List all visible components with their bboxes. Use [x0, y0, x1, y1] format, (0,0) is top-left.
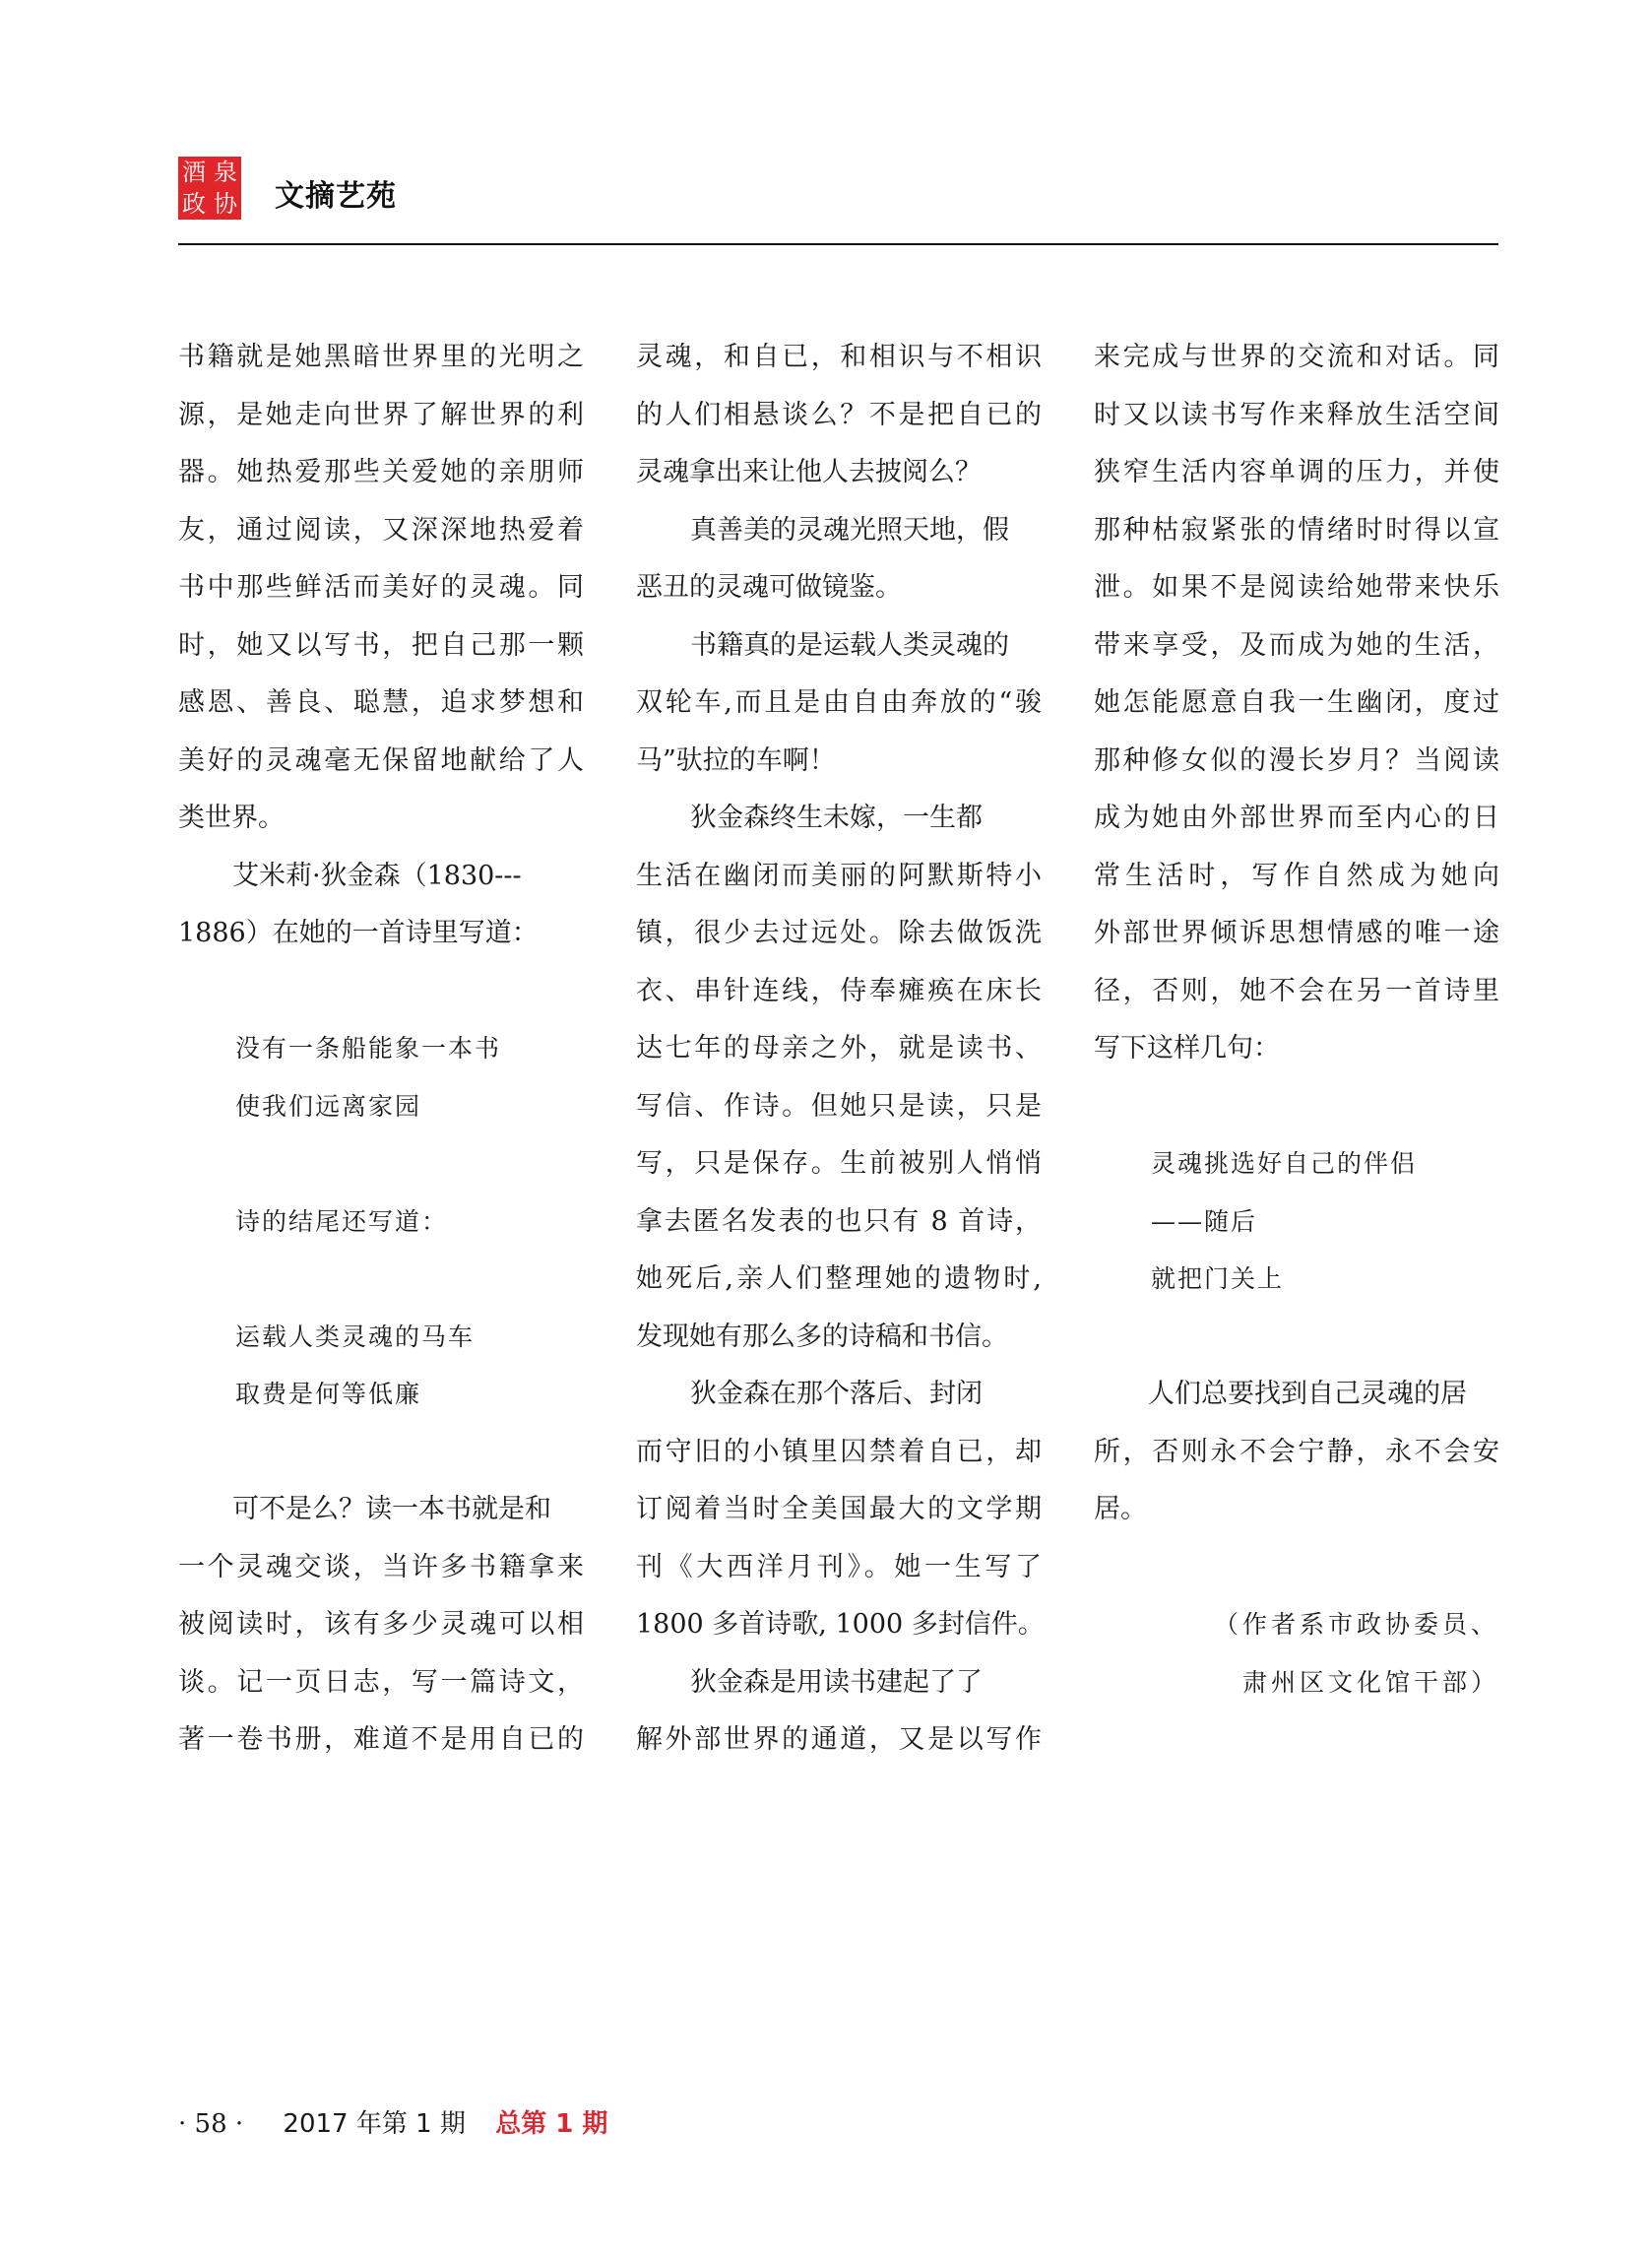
logo-char: 协	[210, 188, 241, 220]
text-line: 著一卷书册，难道不是用自已的	[178, 1711, 584, 1770]
text-line: 生活在幽闭而美丽的阿默斯特小	[636, 848, 1042, 906]
text-line: 解外部世界的通道，又是以写作	[636, 1711, 1042, 1770]
text-line: 狭窄生活内容单调的压力，并使	[1094, 444, 1499, 502]
text-line: 时又以读书写作来释放生活空间	[1094, 387, 1499, 445]
logo-char: 泉	[210, 157, 241, 188]
text-line: 友，通过阅读，又深深地热爱着	[178, 502, 584, 560]
text-line: 器。她热爱那些关爱她的亲朋师	[178, 444, 584, 502]
text-line: 那种枯寂紧张的情绪时时得以宣	[1094, 502, 1499, 560]
section-title: 文摘艺苑	[275, 171, 397, 215]
text-line: 外部世界倾诉思想情感的唯一途	[1094, 905, 1499, 963]
text-column-1: 书籍就是她黑暗世界里的光明之源，是她走向世界了解世界的利器。她热爱那些关爱她的亲…	[178, 329, 584, 1770]
text-line: 拿去匿名发表的也只有 8 首诗，	[636, 1193, 1042, 1252]
logo-char: 政	[178, 188, 210, 220]
poem-line: 使我们远离家园	[178, 1078, 584, 1136]
text-line: 真善美的灵魂光照天地，假	[636, 502, 1042, 560]
poem-line: 取费是何等低廉	[178, 1366, 584, 1424]
text-line: 居。	[1094, 1481, 1499, 1539]
text-line: 她怎能愿意自我一生幽闭，度过	[1094, 675, 1499, 733]
author-credit: 肃州区文化馆干部）	[1094, 1654, 1499, 1712]
text-line: 源，是她走向世界了解世界的利	[178, 387, 584, 445]
poem-line: ——随后	[1094, 1193, 1499, 1252]
text-line: 来完成与世界的交流和对话。同	[1094, 329, 1499, 387]
text-line: 双轮车,而且是由自由奔放的“骏	[636, 675, 1042, 733]
text-line: 人们总要找到自己灵魂的居	[1094, 1366, 1499, 1424]
text-line: 的人们相悬谈么？不是把自已的	[636, 387, 1042, 445]
poem-line: 运载人类灵魂的马车	[178, 1309, 584, 1367]
text-line: 马”驮拉的车啊！	[636, 733, 1042, 791]
logo-char: 酒	[178, 157, 210, 188]
blank-line	[1094, 1309, 1499, 1367]
text-line: 成为她由外部世界而至内心的日	[1094, 790, 1499, 848]
blank-line	[1094, 1078, 1499, 1136]
page-number: · 58 ·	[178, 2109, 243, 2139]
blank-line	[178, 1424, 584, 1482]
total-issue-label: 总第 1 期	[495, 2109, 607, 2139]
text-line: 订阅着当时全美国最大的文学期	[636, 1481, 1042, 1539]
text-line: 狄金森在那个落后、封闭	[636, 1366, 1042, 1424]
poem-line: 灵魂挑选好自己的伴侣	[1094, 1135, 1499, 1193]
text-line: 她死后,亲人们整理她的遗物时,	[636, 1251, 1042, 1309]
page-footer: · 58 · 2017 年第 1 期 总第 1 期	[178, 2103, 607, 2140]
text-line: 发现她有那么多的诗稿和书信。	[636, 1309, 1042, 1367]
text-column-3: 来完成与世界的交流和对话。同时又以读书写作来释放生活空间狭窄生活内容单调的压力，…	[1094, 329, 1499, 1711]
text-line: 灵魂拿出来让他人去披阅么？	[636, 444, 1042, 502]
blank-line	[178, 1251, 584, 1309]
text-line: 恶丑的灵魂可做镜鉴。	[636, 559, 1042, 617]
poem-line: 诗的结尾还写道：	[178, 1193, 584, 1252]
text-line: 灵魂，和自已，和相识与不相识	[636, 329, 1042, 387]
text-line: 而守旧的小镇里囚禁着自已，却	[636, 1424, 1042, 1482]
author-credit: （作者系市政协委员、	[1094, 1596, 1499, 1654]
logo: 酒 泉 政 协	[178, 157, 241, 220]
text-line: 被阅读时，该有多少灵魂可以相	[178, 1596, 584, 1654]
header-divider	[178, 243, 1498, 245]
text-line: 1886）在她的一首诗里写道：	[178, 905, 584, 963]
text-line: 谈。记一页日志，写一篇诗文，	[178, 1654, 584, 1712]
text-line: 常生活时，写作自然成为她向	[1094, 848, 1499, 906]
blank-line	[178, 963, 584, 1021]
text-line: 达七年的母亲之外，就是读书、	[636, 1020, 1042, 1078]
text-line: 泄。如果不是阅读给她带来快乐	[1094, 559, 1499, 617]
blank-line	[178, 1135, 584, 1193]
text-line: 狄金森终生未嫁，一生都	[636, 790, 1042, 848]
text-line: 带来享受，及而成为她的生活，	[1094, 617, 1499, 676]
issue-label: 2017 年第 1 期	[283, 2109, 466, 2139]
text-line: 镇，很少去过远处。除去做饭洗	[636, 905, 1042, 963]
text-line: 美好的灵魂毫无保留地献给了人	[178, 733, 584, 791]
text-line: 类世界。	[178, 790, 584, 848]
text-line: 时，她又以写书，把自己那一颗	[178, 617, 584, 676]
text-line: 衣、串针连线，侍奉瘫痪在床长	[636, 963, 1042, 1021]
text-line: 那种修女似的漫长岁月？当阅读	[1094, 733, 1499, 791]
text-line: 书中那些鲜活而美好的灵魂。同	[178, 559, 584, 617]
text-line: 感恩、善良、聪慧，追求梦想和	[178, 675, 584, 733]
text-line: 所，否则永不会宁静，永不会安	[1094, 1424, 1499, 1482]
text-line: 艾米莉·狄金森（1830---	[178, 848, 584, 906]
text-line: 一个灵魂交谈，当许多书籍拿来	[178, 1539, 584, 1597]
text-line: 写下这样几句：	[1094, 1020, 1499, 1078]
poem-line: 没有一条船能象一本书	[178, 1020, 584, 1078]
text-line: 写信、作诗。但她只是读，只是	[636, 1078, 1042, 1136]
text-column-2: 灵魂，和自已，和相识与不相识的人们相悬谈么？不是把自已的灵魂拿出来让他人去披阅么…	[636, 329, 1042, 1770]
text-line: 刊《大西洋月刊》。她一生写了	[636, 1539, 1042, 1597]
text-line: 可不是么？读一本书就是和	[178, 1481, 584, 1539]
text-line: 书籍就是她黑暗世界里的光明之	[178, 329, 584, 387]
text-line: 1800 多首诗歌, 1000 多封信件。	[636, 1596, 1042, 1654]
text-line: 径，否则，她不会在另一首诗里	[1094, 963, 1499, 1021]
text-line: 狄金森是用读书建起了了	[636, 1654, 1042, 1712]
poem-line: 就把门关上	[1094, 1251, 1499, 1309]
blank-line	[1094, 1539, 1499, 1597]
text-line: 书籍真的是运载人类灵魂的	[636, 617, 1042, 676]
text-line: 写，只是保存。生前被别人悄悄	[636, 1135, 1042, 1193]
